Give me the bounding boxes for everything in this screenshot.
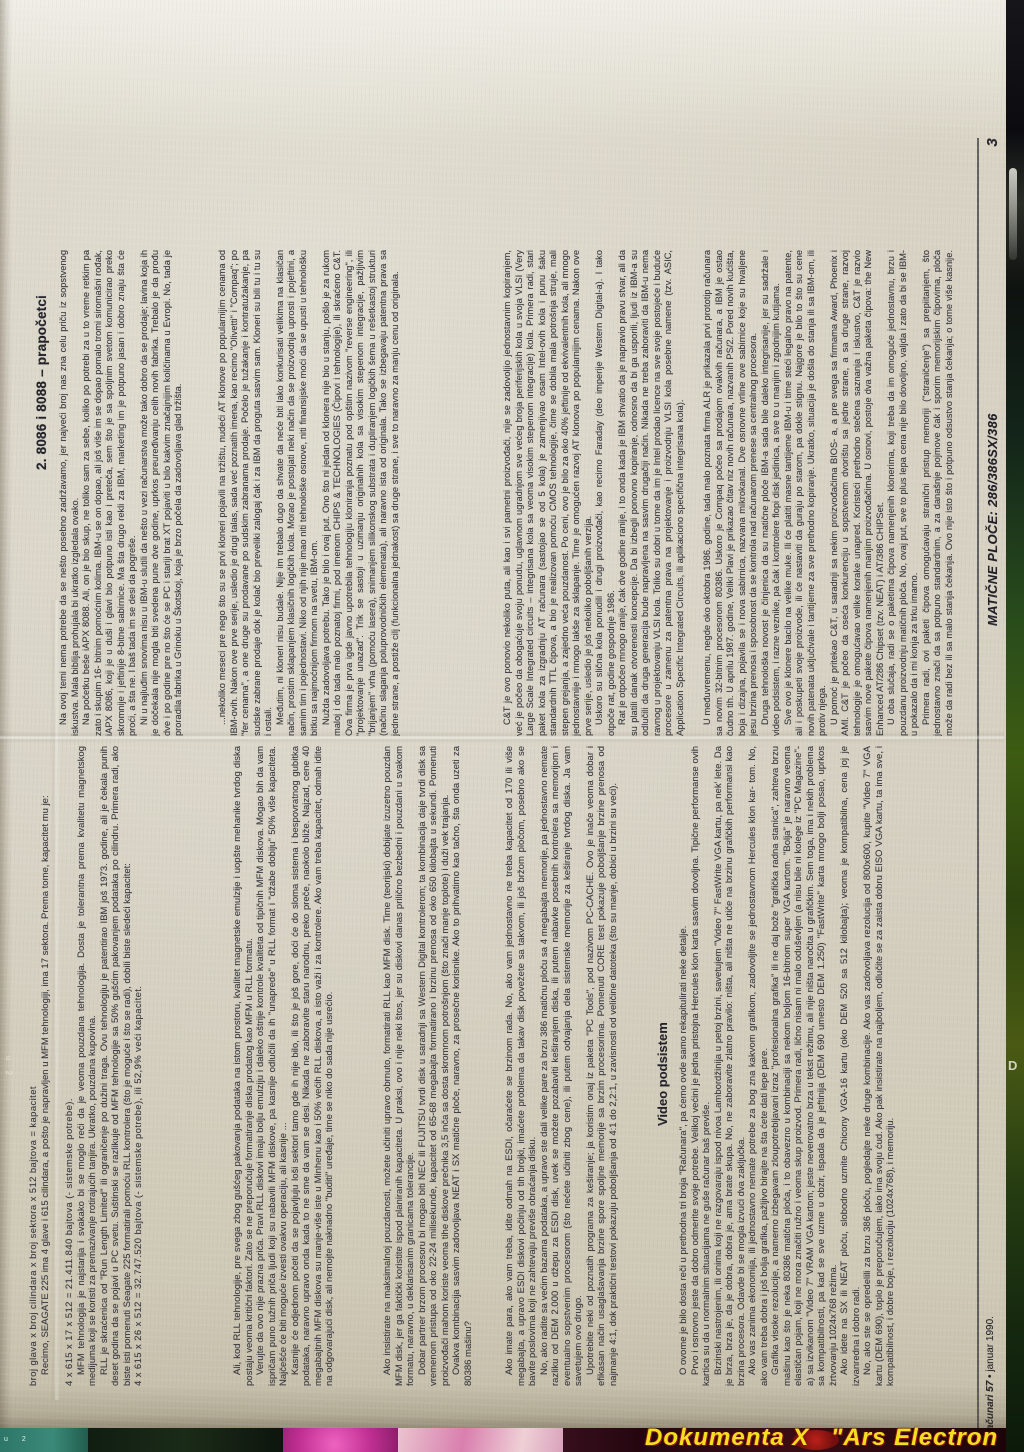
paragraph: C&T je ovo ponovio nekoliko puta, ali ka… <box>502 250 594 736</box>
paragraph: U međuvremenu, negde oko oktobra 1986. g… <box>702 250 760 736</box>
paragraph: O ovome je bilo dosta reči u prethodna t… <box>678 746 690 1386</box>
paragraph: Dobar partner brzom procesoru bi mogao b… <box>417 746 452 1386</box>
paragraph: RLL je skraćenica od "Run Length Limited… <box>99 746 134 1386</box>
paragraph: No, ako ste se opredelili za brzu 386 pl… <box>862 746 897 1386</box>
paragraph: U pomoć je pritekao C&T, u saradnji sa n… <box>829 250 887 736</box>
bleed-strip-teal: u 2 <box>0 1428 88 1452</box>
text-column-l3: Ako insistirate na maksimalnoj pouzdanos… <box>382 746 504 1386</box>
text-column-l4: Ako imate para, ako vam treba, idite odm… <box>504 746 652 1386</box>
page-left-edge-shadow <box>0 0 12 1452</box>
bleed-strip-pink <box>398 1428 563 1452</box>
paragraph: Ali, kod RLL tehnologije, pre svega zbog… <box>232 746 255 1386</box>
scanned-magazine-page: 2. 8086 i 8088 – prapočetci Na ovoj temi… <box>0 0 1024 1452</box>
paragraph: ...nekoliko meseci pre nego što su se pr… <box>217 250 275 736</box>
rubric-header: MATIČNE PLOČE: 286/386SX/386 3 <box>981 138 1005 626</box>
caption-part-1: Dokumenta X <box>645 1424 809 1451</box>
edge-letter-d: D <box>1008 1058 1017 1073</box>
bleed-strip-magenta <box>283 1428 398 1452</box>
paragraph: U oba slučaja, radi se o paketima čipova… <box>886 250 921 736</box>
paragraph: Kasnije će odjednom početi da se pojavlj… <box>290 746 336 1386</box>
paragraph: Ovakva kombinacija sasvim zadovoljava NE… <box>451 746 474 1386</box>
paragraph: broj glava x broj cilindara x broj sekto… <box>28 724 40 1386</box>
footer-separator: • <box>985 1374 996 1378</box>
text-column-u4: U međuvremenu, negde oko oktobra 1986. g… <box>702 250 955 736</box>
bleed-strip-maroon <box>563 1428 643 1452</box>
rubric-rule <box>977 138 979 1446</box>
paragraph: Ni u najluđim snovima nisu u IBM-u sluti… <box>139 250 185 736</box>
text-column-intro: broj glava x broj cilindara x broj sekto… <box>28 724 64 1386</box>
paragraph: MFM tehnologija je najstarija i svakako … <box>76 746 99 1386</box>
paragraph: Primera radi, ovi paketi čipova omogućav… <box>921 250 956 736</box>
bleed-strip-tiny-text: u 2 <box>0 1428 88 1452</box>
paragraph: 4 x 615 x 26 x 512 = 32.747.520 bajtova … <box>133 746 145 1386</box>
paragraph: Rat je otpočeo mnogo ranije, čak dve god… <box>617 250 686 736</box>
text-column-u3: C&T je ovo ponovio nekoliko puta, ali ka… <box>502 250 702 736</box>
paragraph: Ako imate para, ako vam treba, idite odm… <box>504 746 539 1386</box>
paragraph: Recimo, SEAGATE 225 ima 4 glave i 615 ci… <box>40 724 52 1386</box>
text-column-u1: Na ovoj temi nema potrebe da se nešto po… <box>58 250 217 736</box>
page-edge-marks: u 2 <box>1 1056 15 1079</box>
paragraph: Brzinski nastrojenim, ili onima koji ne … <box>713 746 748 1386</box>
bleed-caption: Dokumenta X "Ars Electron <box>645 1424 998 1452</box>
paragraph: No, ako radite sa većim bazama podataka,… <box>539 746 585 1386</box>
paragraph: Na ovoj temi nema potrebe da se nešto po… <box>58 250 81 736</box>
text-column-l2: Ali, kod RLL tehnologije, pre svega zbog… <box>232 746 382 1386</box>
page-bottom-shadow <box>0 1385 1024 1428</box>
paragraph: Ako vas zanima ekonomija, ili jednostavn… <box>747 746 770 1386</box>
paragraph: Sve ovo je klonere bacilo na velike muke… <box>783 250 829 736</box>
text-column-l1: 4 x 615 x 17 x 512 = 21.411.840 bajtova … <box>64 746 232 1386</box>
caption-part-2: "Ars Electron <box>831 1424 998 1451</box>
subsection-heading: Video podsistem <box>652 988 676 1126</box>
paragraph: Upotrebite neki od poznatih programa za … <box>585 746 620 1386</box>
paragraph: Uskoro su slična kola ponudili i drugi p… <box>594 250 617 736</box>
paragraph: Verujte da ovo nije prazna priča. Pravi … <box>255 746 290 1386</box>
paragraph: Ako insistirate na maksimalnoj pouzdanos… <box>382 746 417 1386</box>
bleed-strip-dark <box>88 1428 283 1452</box>
paragraph: Na početku beše iAPX 8088. Ali, on je bi… <box>81 250 139 736</box>
text-column-r3: O ovome je bilo dosta reči u prethodna t… <box>678 746 955 1386</box>
section-heading: 2. 8086 i 8088 – prapočetci <box>30 268 56 470</box>
paragraph: Prvo i osnovno jeste da dobro odmerite s… <box>690 746 713 1386</box>
paragraph: Međutim, ni kloneri nisu budale. Nije im… <box>275 250 321 736</box>
bleed-strip-caption-area: Dokumenta X "Ars Electron <box>643 1428 1006 1452</box>
paragraph: Grafika visoke rezolucije, a namerno izb… <box>770 746 839 1386</box>
paragraph: 4 x 615 x 17 x 512 = 21.411.840 bajtova … <box>64 746 76 1386</box>
paragraph: Druga tehnološka novost je činjenica da … <box>760 250 783 736</box>
paper-top-sheen <box>0 0 1024 140</box>
text-column-u2: ...nekoliko meseci pre nego što su se pr… <box>217 250 502 736</box>
adjacent-page-edge: D <box>1006 0 1024 1452</box>
paragraph: Nužda zadovoljava potrebu. Tako je bilo … <box>321 250 402 736</box>
paragraph: Ako idete na SX ili NEAT ploču, slobodno… <box>839 746 862 1386</box>
page-footer: 22 računari 57 • januar 1990. <box>983 1256 1001 1448</box>
footer-date: januar 1990. <box>985 1316 996 1372</box>
photo-highlight-streak <box>1009 168 1017 260</box>
rubric-label: MATIČNE PLOČE: 286/386SX/386 <box>982 413 1004 626</box>
